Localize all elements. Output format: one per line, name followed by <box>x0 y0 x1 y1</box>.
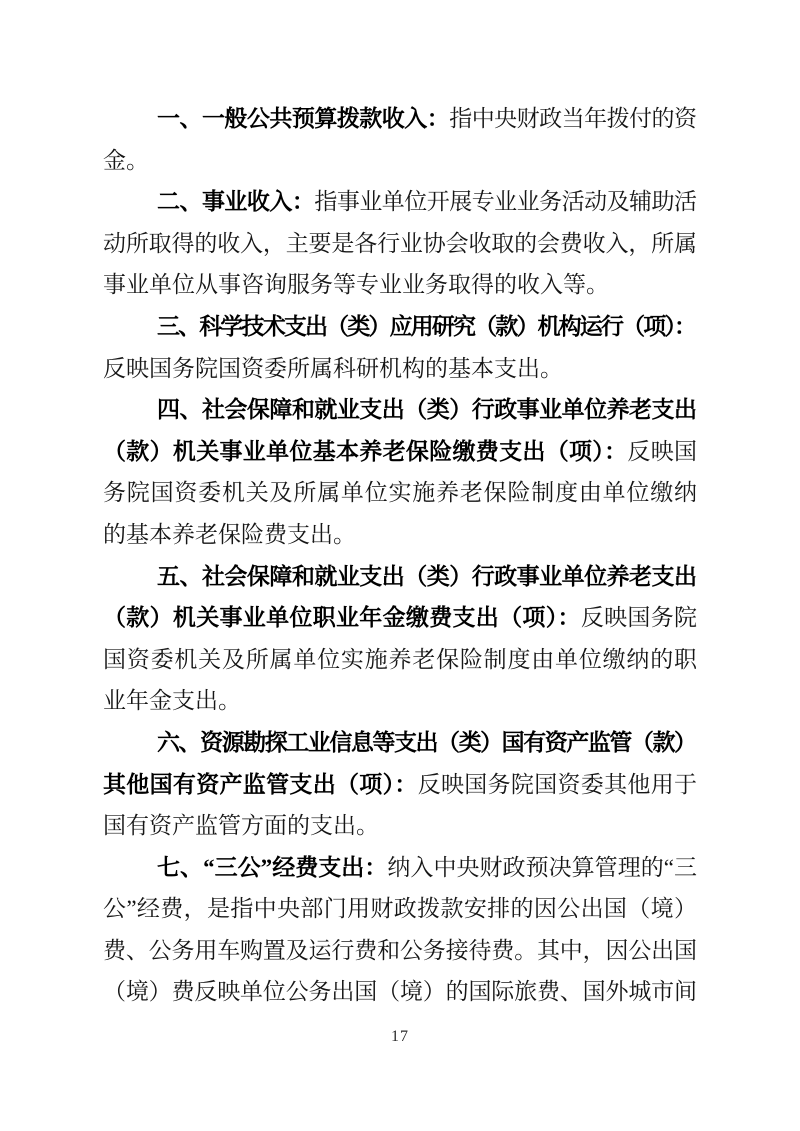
text-line: 四、社会保障和就业支出（类）行政事业单位养老支出 <box>103 389 697 431</box>
heading-bold-text: 其他国有资产监管支出（项）： <box>103 772 418 797</box>
body-text: 务院国资委机关及所属单位实施养老保险制度由单位缴纳 <box>103 480 698 505</box>
text-line: 公”经费，是指中央部门用财政拨款安排的因公出国（境） <box>103 888 697 930</box>
heading-bold-text: 一、一般公共预算拨款收入： <box>157 106 449 131</box>
text-line: 五、社会保障和就业支出（类）行政事业单位养老支出 <box>103 556 697 598</box>
text-line: 国资委机关及所属单位实施养老保险制度由单位缴纳的职 <box>103 639 697 681</box>
body-text: 费、公务用车购置及运行费和公务接待费。其中，因公出国 <box>103 938 697 963</box>
body-text: 国有资产监管方面的支出。 <box>103 813 379 838</box>
heading-bold-text: 四、社会保障和就业支出（类）行政事业单位养老支出 <box>157 397 696 422</box>
paragraph-6: 六、资源勘探工业信息等支出（类）国有资产监管（款）其他国有资产监管支出（项）：反… <box>103 722 697 847</box>
text-line: 费、公务用车购置及运行费和公务接待费。其中，因公出国 <box>103 930 697 972</box>
body-text: 业年金支出。 <box>103 688 241 713</box>
page-footer: 17 <box>0 1028 800 1046</box>
text-line: 六、资源勘探工业信息等支出（类）国有资产监管（款） <box>103 722 697 764</box>
paragraph-1: 一、一般公共预算拨款收入：指中央财政当年拨付的资金。 <box>103 98 697 181</box>
body-text: 反映国 <box>627 439 697 464</box>
text-line: 反映国务院国资委所属科研机构的基本支出。 <box>103 348 697 390</box>
paragraph-4: 四、社会保障和就业支出（类）行政事业单位养老支出（款）机关事业单位基本养老保险缴… <box>103 389 697 555</box>
text-line: 二、事业收入：指事业单位开展专业业务活动及辅助活 <box>103 181 697 223</box>
body-text: 反映国务院 <box>581 605 698 630</box>
text-line: 七、“三公”经费支出：纳入中央财政预决算管理的“三 <box>103 847 697 889</box>
body-text: 反映国务院国资委所属科研机构的基本支出。 <box>103 356 563 381</box>
heading-bold-text: 二、事业收入： <box>157 189 314 214</box>
heading-bold-text: 三、科学技术支出（类）应用研究（款）机构运行（项）： <box>157 314 695 339</box>
heading-bold-text: 七、“三公”经费支出： <box>157 855 387 880</box>
heading-bold-text: （款）机关事业单位基本养老保险缴费支出（项）： <box>103 439 627 464</box>
text-line: （境）费反映单位公务出国（境）的国际旅费、国外城市间 <box>103 971 697 1013</box>
text-line: 国有资产监管方面的支出。 <box>103 805 697 847</box>
text-line: 业年金支出。 <box>103 680 697 722</box>
body-text: 反映国务院国资委其他用于 <box>418 772 698 797</box>
body-text: 的基本养老保险费支出。 <box>103 522 356 547</box>
text-line: 务院国资委机关及所属单位实施养老保险制度由单位缴纳 <box>103 472 697 514</box>
text-line: 一、一般公共预算拨款收入：指中央财政当年拨付的资 <box>103 98 697 140</box>
text-line: （款）机关事业单位基本养老保险缴费支出（项）：反映国 <box>103 431 697 473</box>
body-text: 纳入中央财政预决算管理的“三 <box>387 855 697 880</box>
text-line: （款）机关事业单位职业年金缴费支出（项）：反映国务院 <box>103 597 697 639</box>
document-page: 一、一般公共预算拨款收入：指中央财政当年拨付的资金。二、事业收入：指事业单位开展… <box>0 0 800 1131</box>
text-line: 金。 <box>103 140 697 182</box>
paragraph-2: 二、事业收入：指事业单位开展专业业务活动及辅助活动所取得的收入，主要是各行业协会… <box>103 181 697 306</box>
body-text: 金。 <box>103 148 149 173</box>
text-line: 动所取得的收入，主要是各行业协会收取的会费收入，所属 <box>103 223 697 265</box>
paragraph-3: 三、科学技术支出（类）应用研究（款）机构运行（项）：反映国务院国资委所属科研机构… <box>103 306 697 389</box>
page-number: 17 <box>391 1028 409 1045</box>
body-text: 公”经费，是指中央部门用财政拨款安排的因公出国（境） <box>103 896 697 921</box>
heading-bold-text: （款）机关事业单位职业年金缴费支出（项）： <box>103 605 581 630</box>
text-line: 事业单位从事咨询服务等专业业务取得的收入等。 <box>103 264 697 306</box>
text-line: 的基本养老保险费支出。 <box>103 514 697 556</box>
heading-bold-text: 五、社会保障和就业支出（类）行政事业单位养老支出 <box>157 564 696 589</box>
text-line: 其他国有资产监管支出（项）：反映国务院国资委其他用于 <box>103 764 697 806</box>
paragraph-5: 五、社会保障和就业支出（类）行政事业单位养老支出（款）机关事业单位职业年金缴费支… <box>103 556 697 722</box>
paragraph-7: 七、“三公”经费支出：纳入中央财政预决算管理的“三公”经费，是指中央部门用财政拨… <box>103 847 697 1013</box>
body-text: 动所取得的收入，主要是各行业协会收取的会费收入，所属 <box>103 231 697 256</box>
body-text: （境）费反映单位公务出国（境）的国际旅费、国外城市间 <box>103 979 697 1004</box>
body-text: 事业单位从事咨询服务等专业业务取得的收入等。 <box>103 272 609 297</box>
budget-notes-section: 一、一般公共预算拨款收入：指中央财政当年拨付的资金。二、事业收入：指事业单位开展… <box>103 98 697 1013</box>
body-text: 指中央财政当年拨付的资 <box>449 106 696 131</box>
body-text: 国资委机关及所属单位实施养老保险制度由单位缴纳的职 <box>103 647 698 672</box>
heading-bold-text: 六、资源勘探工业信息等支出（类）国有资产监管（款） <box>157 730 696 755</box>
body-text: 指事业单位开展专业业务活动及辅助活 <box>314 189 696 214</box>
text-line: 三、科学技术支出（类）应用研究（款）机构运行（项）： <box>103 306 697 348</box>
